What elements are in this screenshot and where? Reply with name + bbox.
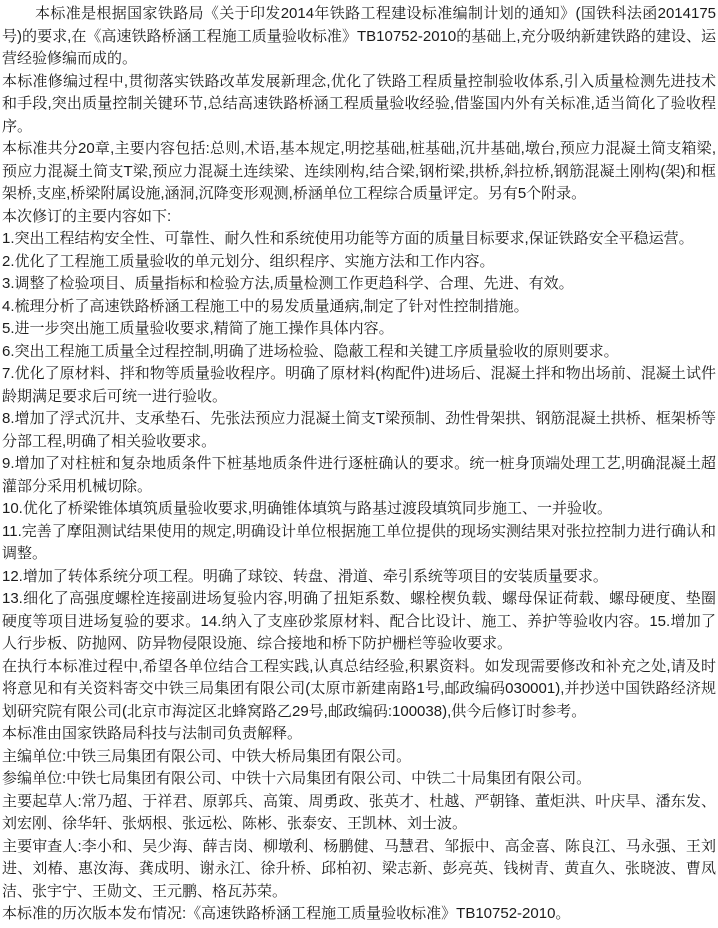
paragraph: 本标准修编过程中,贯彻落实铁路改革发展新理念,优化了铁路工程质量控制验收体系,引…: [2, 71, 716, 139]
paragraph: 本标准的历次版本发布情况:《高速铁路桥涵工程施工质量验收标准》TB10752-2…: [2, 903, 716, 926]
paragraph: 主要审查人:李小和、吴少海、薛吉岗、柳墩利、杨鹏健、马慧君、邹振中、高金喜、陈良…: [2, 836, 716, 904]
paragraph: 本标准是根据国家铁路局《关于印发2014年铁路工程建设标准编制计划的通知》(国铁…: [2, 3, 716, 71]
paragraph: 7.优化了原材料、拌和物等质量验收程序。明确了原材料(构配件)进场后、混凝土拌和…: [2, 363, 716, 408]
paragraph: 本标准由国家铁路局科技与法制司负责解释。: [2, 723, 716, 746]
paragraph: 4.梳理分析了高速铁路桥涵工程施工中的易发质量通病,制定了针对性控制措施。: [2, 296, 716, 319]
paragraph: 1.突出工程结构安全性、可靠性、耐久性和系统使用功能等方面的质量目标要求,保证铁…: [2, 228, 716, 251]
paragraph: 11.完善了摩阻测试结果使用的规定,明确设计单位根据施工单位提供的现场实测结果对…: [2, 521, 716, 566]
document-page: 本标准是根据国家铁路局《关于印发2014年铁路工程建设标准编制计划的通知》(国铁…: [0, 0, 718, 928]
paragraph: 在执行本标准过程中,希望各单位结合工程实践,认真总结经验,积累资料。如发现需要修…: [2, 656, 716, 724]
paragraph: 主编单位:中铁三局集团有限公司、中铁大桥局集团有限公司。: [2, 746, 716, 769]
paragraph: 2.优化了工程施工质量验收的单元划分、组织程序、实施方法和工作内容。: [2, 251, 716, 274]
paragraph: 本次修订的主要内容如下:: [2, 206, 716, 229]
paragraph: 3.调整了检验项目、质量指标和检验方法,质量检测工作更趋科学、合理、先进、有效。: [2, 273, 716, 296]
paragraph: 5.进一步突出施工质量验收要求,精简了施工操作具体内容。: [2, 318, 716, 341]
paragraph: 12.增加了转体系统分项工程。明确了球铰、转盘、滑道、牵引系统等项目的安装质量要…: [2, 566, 716, 589]
paragraph: 参编单位:中铁七局集团有限公司、中铁十六局集团有限公司、中铁二十局集团有限公司。: [2, 768, 716, 791]
paragraph: 10.优化了桥梁锥体填筑质量验收要求,明确锥体填筑与路基过渡段填筑同步施工、一并…: [2, 498, 716, 521]
paragraph: 6.突出工程施工质量全过程控制,明确了进场检验、隐蔽工程和关键工序质量验收的原则…: [2, 341, 716, 364]
paragraph: 主要起草人:常乃超、于祥君、原郭兵、高策、周勇政、张英才、杜越、严朝锋、董炬洪、…: [2, 791, 716, 836]
paragraph: 本标准共分20章,主要内容包括:总则,术语,基本规定,明挖基础,桩基础,沉井基础…: [2, 138, 716, 206]
paragraph: 9.增加了对柱桩和复杂地质条件下桩基地质条件进行逐桩确认的要求。统一桩身顶端处理…: [2, 453, 716, 498]
paragraph: 8.增加了浮式沉井、支承垫石、先张法预应力混凝土简支T梁预制、劲性骨架拱、钢筋混…: [2, 408, 716, 453]
paragraph: 13.细化了高强度螺栓连接副进场复验内容,明确了扭矩系数、螺栓楔负载、螺母保证荷…: [2, 588, 716, 656]
